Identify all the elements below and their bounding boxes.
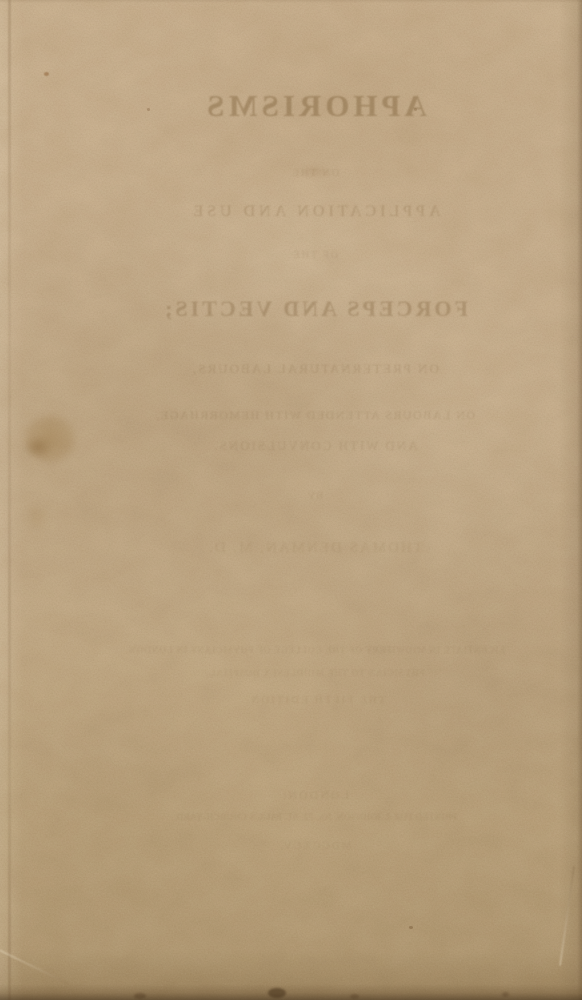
show-through-line: APPLICATION AND USE: [48, 203, 582, 221]
paper-speck: [409, 926, 413, 929]
show-through-line: THOMAS DENMAN, M. D.: [48, 540, 582, 557]
paper-speck: [147, 108, 150, 111]
paper-speck: [414, 108, 417, 111]
bottom-edge-blot: [134, 993, 146, 999]
vertical-crease-line: [8, 0, 11, 1000]
show-through-line: LONDON:: [48, 788, 582, 803]
show-through-line: ON THE: [48, 168, 582, 179]
rust-speck: [44, 72, 49, 76]
faint-stain: [20, 498, 54, 536]
show-through-line: THE FIFTH EDITION.: [48, 694, 582, 706]
show-through-text-block: APHORISMS ON THE APPLICATION AND USE OF …: [0, 0, 582, 1000]
paper-fibre-texture: [0, 0, 582, 1000]
show-through-line: OF THE: [48, 250, 582, 261]
page-edge-top-shadow: [0, 0, 582, 3]
bottom-edge-blot: [268, 988, 286, 998]
show-through-line: LICENTIATE IN MIDWIFERY OF THE COLLEGE O…: [48, 645, 582, 655]
foxing-smudge: [294, 160, 334, 182]
show-through-line: MDCCXCV.: [48, 840, 582, 852]
page-edge-bottom-shadow: [0, 984, 582, 1000]
show-through-line: ON PRETERNATURAL LABOURS,: [48, 361, 582, 377]
paper-mottle-texture: [0, 0, 582, 1000]
show-through-line: APHORISMS: [48, 88, 582, 124]
large-brown-stain: [14, 398, 94, 472]
show-through-line: BY: [48, 491, 582, 502]
bottom-edge-blot: [502, 992, 509, 997]
show-through-line: FORCEPS AND VECTIS;: [48, 296, 582, 322]
show-through-line: AND WITH CONVULSIONS.: [48, 438, 582, 454]
stain-dark-core: [20, 432, 56, 462]
book-page-scan: APHORISMS ON THE APPLICATION AND USE OF …: [0, 0, 582, 1000]
show-through-line: PRINTED FOR J. JOHNSON, No. 72, ST. PAUL…: [48, 812, 582, 822]
show-through-line: ON LABOURS ATTENDED WITH HEMORRHAGE,: [48, 408, 582, 423]
paper-highlight-texture: [0, 0, 582, 1000]
page-edge-right-shadow: [577, 0, 582, 1000]
corner-fold-line: [0, 949, 69, 984]
bottom-edge-blot: [350, 994, 359, 999]
show-through-line: PHYSICIAN TO THE MIDDLESEX HOSPITAL.: [48, 668, 582, 678]
corner-crease-line: [559, 866, 575, 965]
